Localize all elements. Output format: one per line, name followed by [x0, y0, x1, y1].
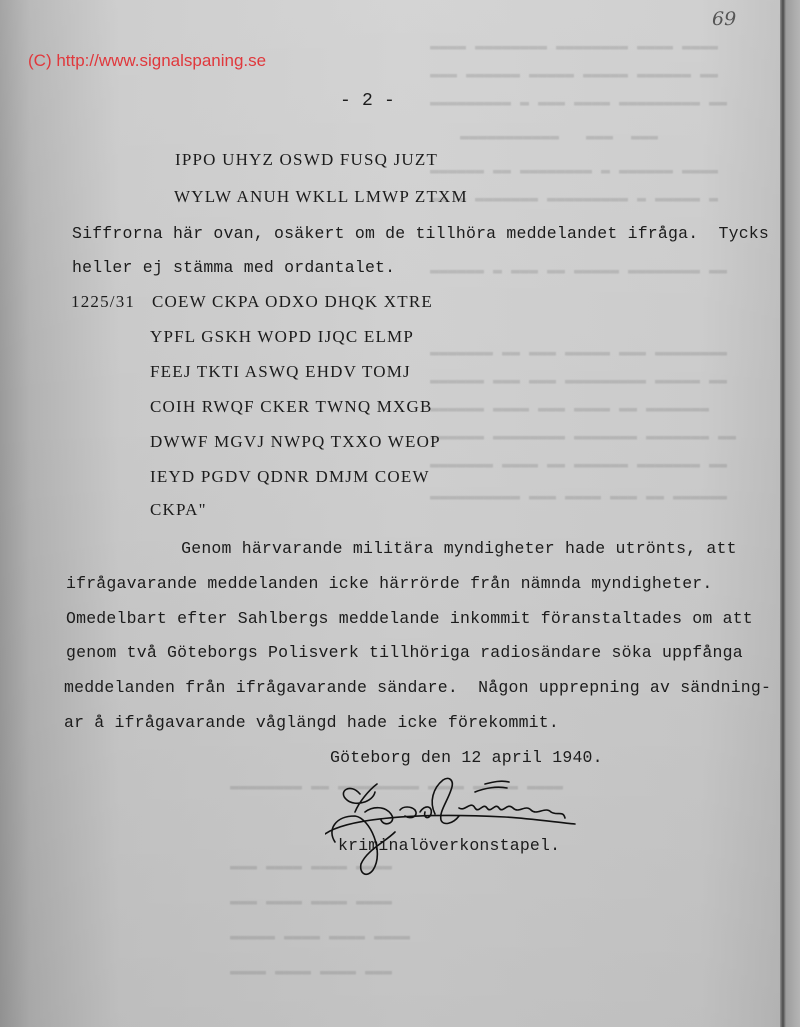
- body-line: genom två Göteborgs Polisverk tillhöriga…: [66, 643, 743, 662]
- bleed-through-text: ▬▬▬▬▬▬ ▬▬▬ ▬▬▬ ▬▬▬▬▬▬▬▬▬ ▬▬▬▬▬ ▬▬: [430, 372, 727, 389]
- bleed-through-text: ▬▬ ▬ ▬▬▬▬▬▬▬ ▬▬▬▬▬▬▬▬▬ ▬ ▬▬▬▬▬ ▬: [430, 190, 718, 207]
- bleed-through-text: ▬▬▬▬▬▬ ▬ ▬▬▬ ▬▬ ▬▬▬▬▬ ▬▬▬▬▬▬▬▬ ▬▬: [430, 262, 727, 279]
- handwritten-signature-icon: [325, 772, 595, 882]
- body-line: Omedelbart efter Sahlbergs meddelande in…: [66, 609, 753, 628]
- cipher-line: COIH RWQF CKER TWNQ MXGB: [150, 397, 433, 417]
- bleed-through-text: ▬▬▬▬▬▬▬▬▬▬▬ ▬▬▬ ▬▬▬: [460, 128, 658, 145]
- bleed-through-text: ▬▬▬▬▬▬ ▬▬▬▬ ▬▬▬ ▬▬▬▬ ▬▬ ▬▬▬▬▬▬▬: [430, 400, 709, 417]
- cipher-line: CKPA": [150, 500, 207, 520]
- page-edge-shadow: [780, 0, 800, 1027]
- cipher-line: IPPO UHYZ OSWD FUSQ JUZT: [175, 150, 438, 170]
- page-number: - 2 -: [340, 91, 395, 111]
- folio-number: 69: [712, 8, 736, 30]
- bleed-through-text: ▬▬▬▬▬ ▬▬▬▬ ▬▬▬▬ ▬▬▬▬: [230, 928, 410, 945]
- note-line: heller ej stämma med ordantalet.: [72, 258, 395, 277]
- bleed-through-text: ▬▬▬▬▬▬ ▬▬▬▬▬▬▬▬ ▬▬▬▬▬▬▬ ▬▬▬▬▬▬▬ ▬▬: [430, 428, 736, 445]
- place-and-date: Göteborg den 12 april 1940.: [330, 748, 603, 767]
- cipher-line: IEYD PGDV QDNR DMJM COEW: [150, 467, 430, 487]
- cipher-line: COEW CKPA ODXO DHQK XTRE: [152, 292, 433, 312]
- bleed-through-text: ▬▬▬▬▬▬▬ ▬▬ ▬▬▬ ▬▬▬▬▬ ▬▬▬ ▬▬▬▬▬▬▬▬: [430, 344, 727, 361]
- bleed-through-text: ▬▬▬ ▬▬▬▬ ▬▬▬▬ ▬▬▬▬: [230, 893, 392, 910]
- bleed-through-text: ▬▬▬▬▬▬▬▬▬▬ ▬▬▬ ▬▬▬▬ ▬▬▬ ▬▬ ▬▬▬▬▬▬: [430, 488, 727, 505]
- body-line: meddelanden från ifrågavarande sändare. …: [64, 678, 771, 697]
- bleed-through-text: ▬▬▬▬▬▬ ▬▬ ▬▬▬▬▬▬▬▬ ▬ ▬▬▬▬▬▬ ▬▬▬▬: [430, 162, 718, 179]
- body-line: ifrågavarande meddelanden icke härrörde …: [66, 574, 713, 593]
- bleed-through-text: ▬▬▬▬▬▬▬▬▬ ▬ ▬▬▬ ▬▬▬▬ ▬▬▬▬▬▬▬▬▬ ▬▬: [430, 94, 727, 111]
- cipher-line: YPFL GSKH WOPD IJQC ELMP: [150, 327, 414, 347]
- cipher-line: FEEJ TKTI ASWQ EHDV TOMJ: [150, 362, 411, 382]
- note-line: Siffrorna här ovan, osäkert om de tillhö…: [72, 224, 769, 243]
- cipher-line: WYLW ANUH WKLL LMWP ZTXM: [174, 187, 468, 207]
- body-line: Genom härvarande militära myndigheter ha…: [70, 539, 737, 558]
- bleed-through-text: ▬▬▬▬ ▬▬▬▬ ▬▬▬▬ ▬▬▬: [230, 963, 392, 980]
- body-line: ar å ifrågavarande våglängd hade icke fö…: [64, 713, 559, 732]
- copyright-watermark: (C) http://www.signalspaning.se: [28, 51, 266, 71]
- bleed-through-text: ▬▬▬▬▬▬▬ ▬▬▬▬ ▬▬ ▬▬▬▬▬▬ ▬▬▬▬▬▬▬ ▬▬: [430, 456, 727, 473]
- bleed-through-text: ▬▬▬ ▬▬▬▬▬▬ ▬▬▬▬▬ ▬▬▬▬▬ ▬▬▬▬▬▬ ▬▬: [430, 66, 718, 83]
- bleed-through-text: ▬▬▬▬ ▬▬▬▬▬▬▬▬ ▬▬▬▬▬▬▬▬ ▬▬▬▬ ▬▬▬▬: [430, 38, 718, 55]
- cipher-line: DWWF MGVJ NWPQ TXXO WEOP: [150, 432, 441, 452]
- message-number: 1225/31: [71, 292, 135, 312]
